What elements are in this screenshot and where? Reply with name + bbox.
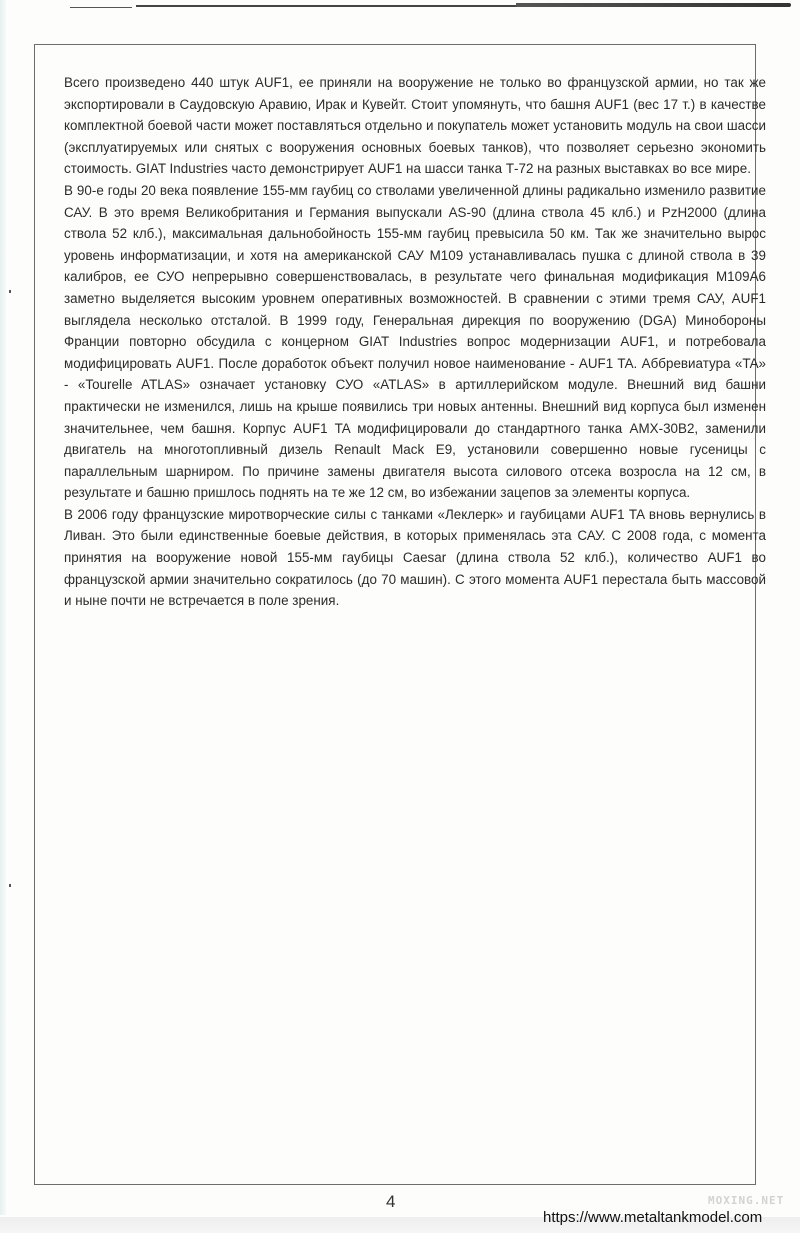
scan-speck <box>9 290 11 293</box>
watermark-url: https://www.metaltankmodel.com <box>543 1209 762 1226</box>
page-number: 4 <box>386 1192 395 1212</box>
header-rule <box>516 3 791 7</box>
scan-speck <box>9 884 11 887</box>
paragraph: Всего произведено 440 штук AUF1, ее прин… <box>64 72 766 180</box>
document-body: Всего произведено 440 штук AUF1, ее прин… <box>64 72 766 612</box>
watermark-brand: MOXING.NET <box>708 1194 784 1207</box>
header-rule <box>70 7 132 8</box>
paragraph: В 90-е годы 20 века появление 155-мм гау… <box>64 180 766 504</box>
header-rule <box>136 5 516 7</box>
paragraph: В 2006 году французские миротворческие с… <box>64 504 766 612</box>
scan-edge <box>0 0 6 1215</box>
